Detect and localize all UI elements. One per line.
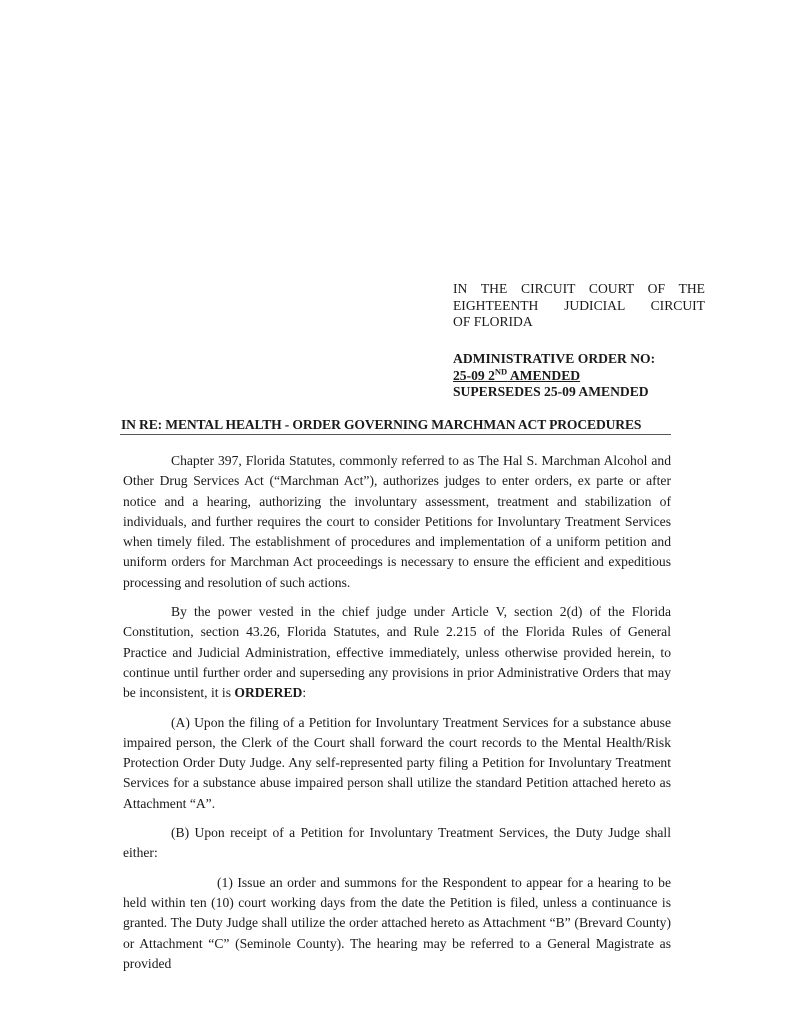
paragraph-b: (B) Upon receipt of a Petition for Invol… [123,823,671,864]
court-caption: IN THE CIRCUIT COURT OF THE EIGHTEENTH J… [453,281,705,331]
paragraph-authority: By the power vested in the chief judge u… [123,602,671,703]
order-number-label: ADMINISTRATIVE ORDER NO: [453,351,713,368]
order-number-amended: 25-09 2ND AMENDED [453,368,713,385]
title-rule-divider [120,434,671,435]
caption-line-3: OF FLORIDA [453,314,705,331]
paragraph-preamble: Chapter 397, Florida Statutes, commonly … [123,451,671,593]
document-page: IN THE CIRCUIT COURT OF THE EIGHTEENTH J… [0,0,791,1024]
administrative-order-number: ADMINISTRATIVE ORDER NO: 25-09 2ND AMEND… [453,351,713,401]
supersedes-line: SUPERSEDES 25-09 AMENDED [453,384,713,401]
caption-line-1: IN THE CIRCUIT COURT OF THE [453,281,705,298]
caption-line-2: EIGHTEENTH JUDICIAL CIRCUIT [453,298,705,315]
ordered-keyword: ORDERED [234,685,302,700]
paragraph-b-1: (1) Issue an order and summons for the R… [123,873,671,974]
order-body: Chapter 397, Florida Statutes, commonly … [123,451,671,983]
paragraph-a: (A) Upon the filing of a Petition for In… [123,713,671,814]
order-title: IN RE: MENTAL HEALTH - ORDER GOVERNING M… [121,417,670,433]
